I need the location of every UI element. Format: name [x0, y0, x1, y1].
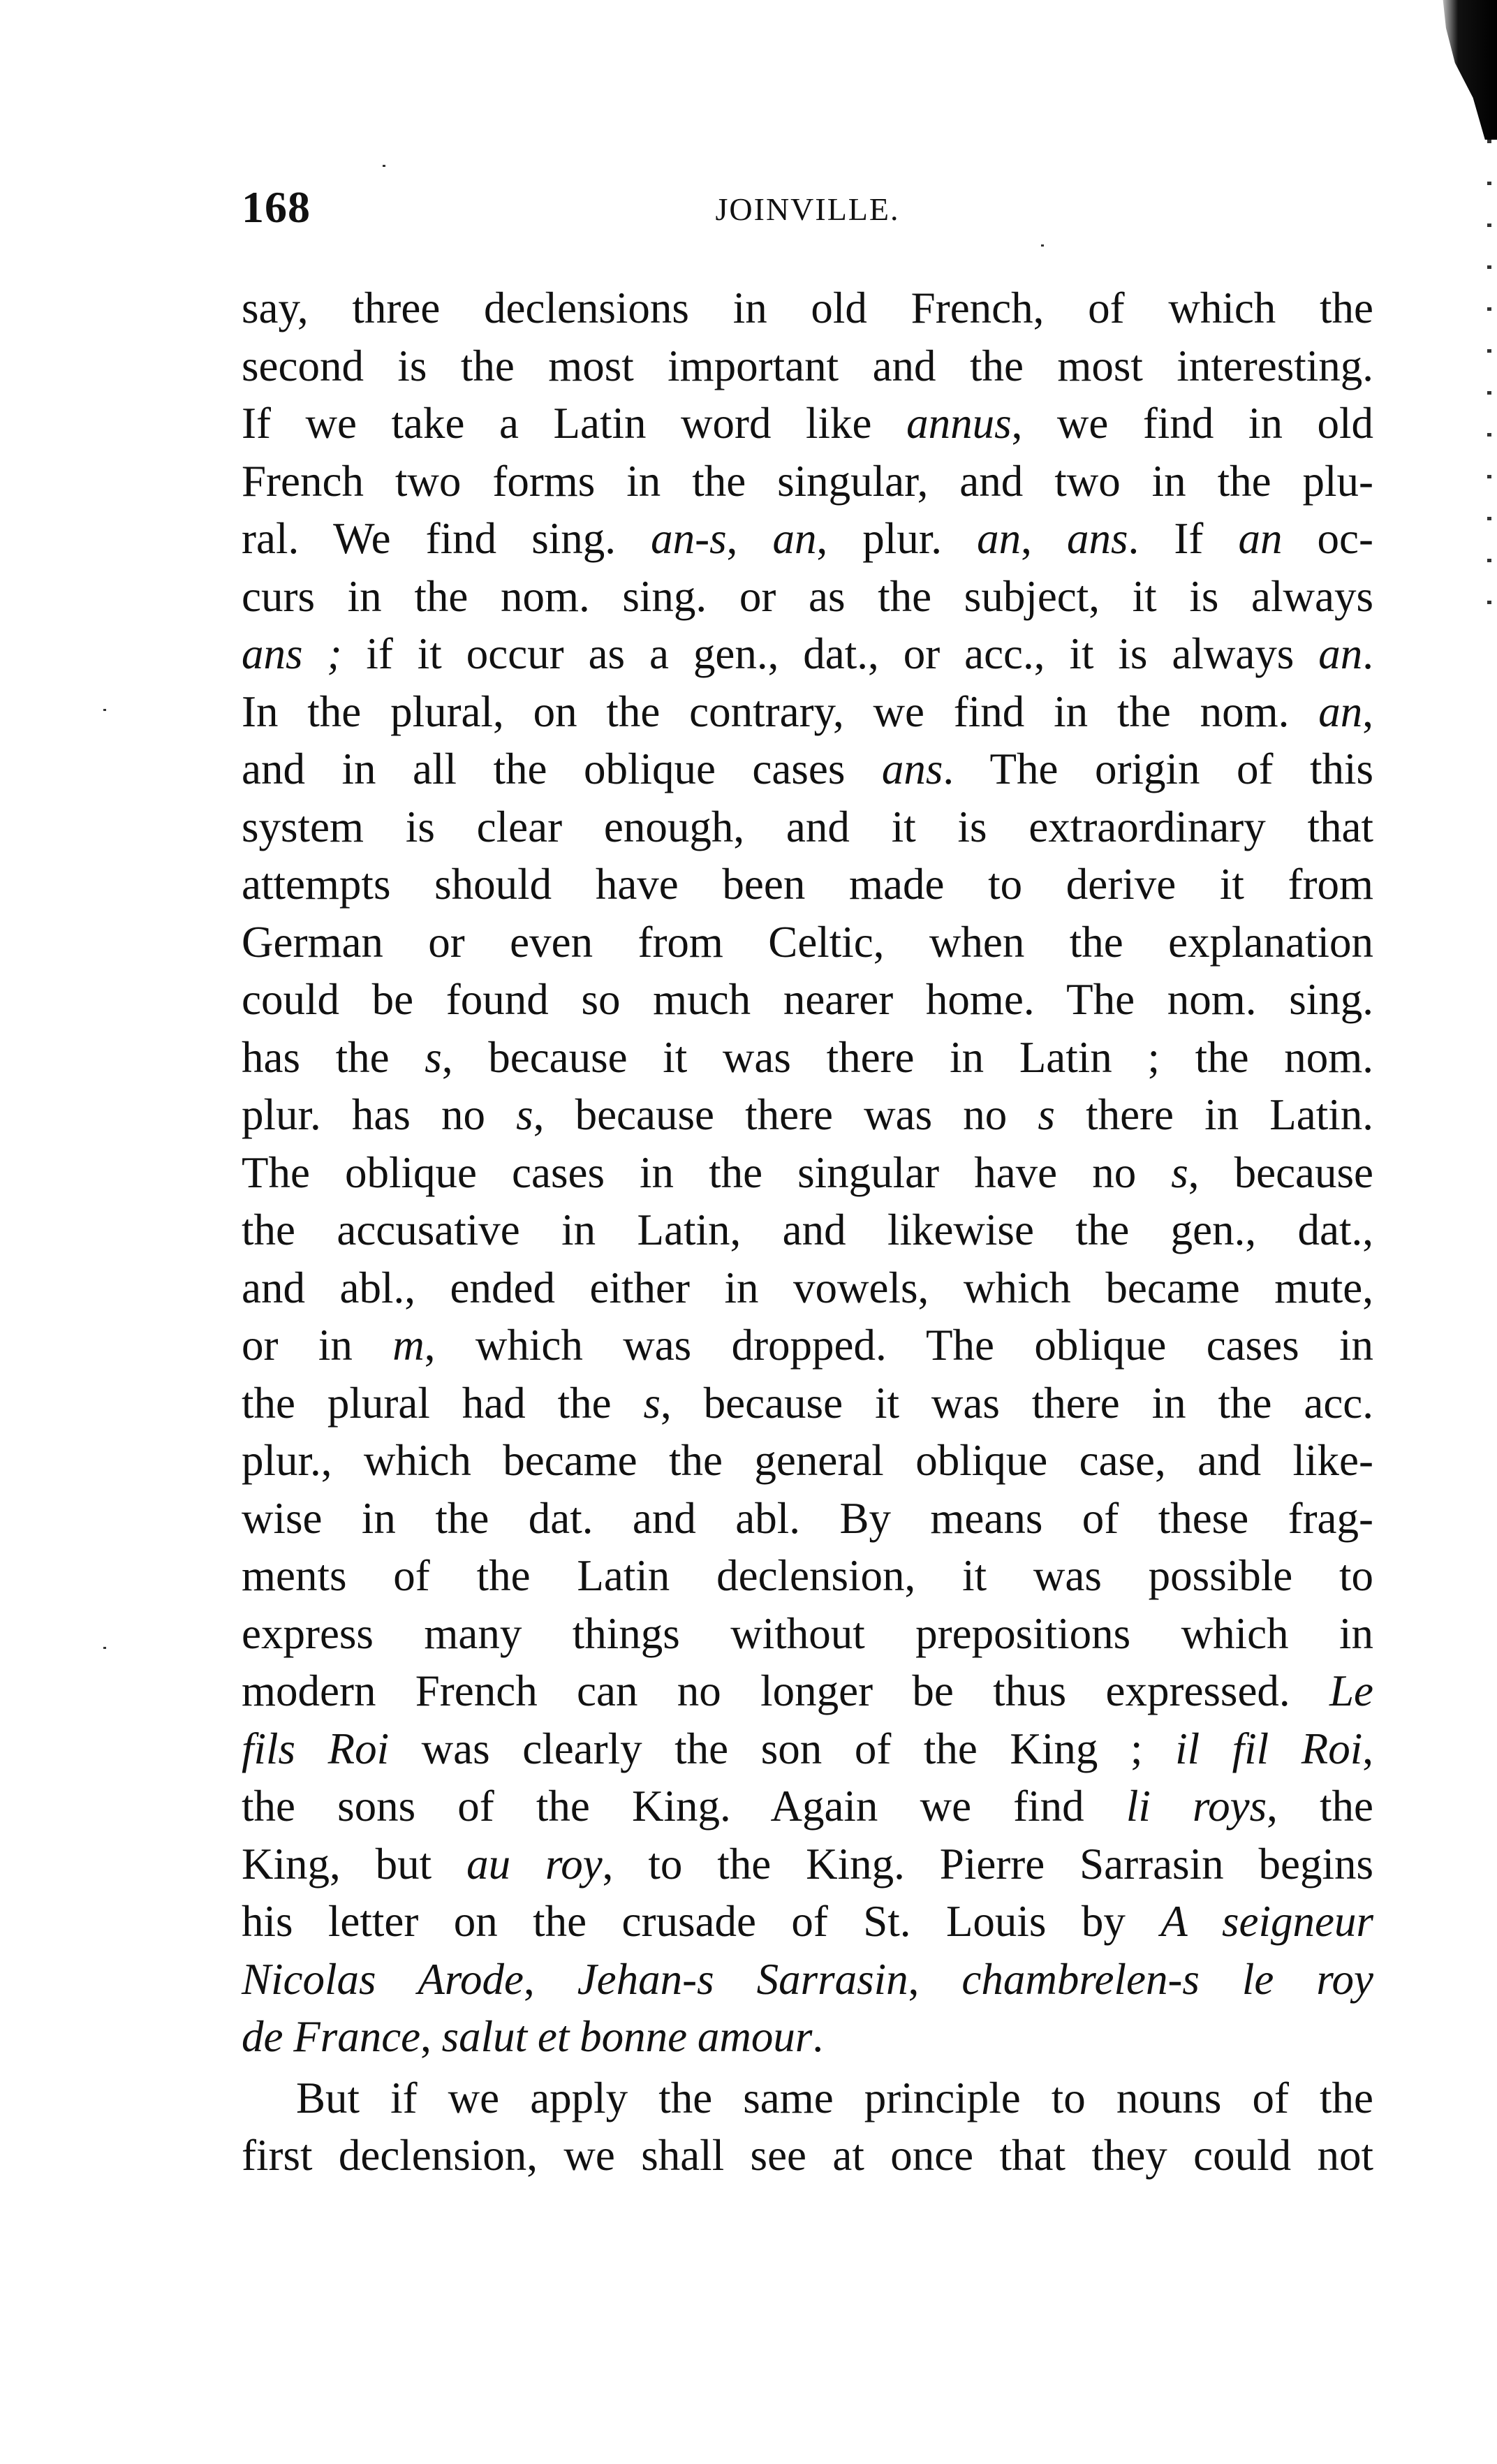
text-run: ,	[1362, 687, 1373, 736]
italic-text: Jehan-s Sarrasin	[577, 1955, 908, 2004]
text-line: and abl., ended either in vowels, which …	[242, 1259, 1373, 1317]
scan-speck	[1041, 244, 1044, 247]
italic-text: Nicolas Arode	[242, 1955, 524, 2004]
italic-text: s	[425, 1033, 442, 1082]
text-run: If we take a Latin word like	[242, 399, 906, 448]
text-line: ans ; if it occur as a gen., dat., or ac…	[242, 625, 1373, 683]
book-page: 168 JOINVILLE. say, three declensions in…	[0, 0, 1497, 2464]
italic-text: Le	[1329, 1666, 1373, 1715]
text-line: say, three declensions in old French, of…	[242, 279, 1373, 337]
italic-text: an-s	[651, 514, 727, 563]
text-line: In the plural, on the contrary, we find …	[242, 683, 1373, 741]
text-run: and abl., ended either in vowels, which …	[242, 1263, 1373, 1312]
italic-text: de France	[242, 2012, 420, 2061]
text-run: curs in the nom. sing. or as the subject…	[242, 572, 1373, 621]
text-run: . The origin of this	[943, 745, 1373, 793]
text-run: , the	[1267, 1782, 1373, 1831]
text-run: , because it was there in the acc.	[661, 1379, 1373, 1428]
italic-text: m	[392, 1321, 425, 1370]
text-line: the plural had the s, because it was the…	[242, 1374, 1373, 1432]
scan-edge-shadow	[1437, 0, 1497, 140]
text-line: German or even from Celtic, when the exp…	[242, 914, 1373, 971]
running-head: 168 JOINVILLE.	[242, 183, 1373, 232]
text-line: de France, salut et bonne amour.	[242, 2008, 1373, 2066]
italic-text: s	[643, 1379, 661, 1428]
text-run: King, but	[242, 1840, 466, 1889]
text-line: the accusative in Latin, and likewise th…	[242, 1201, 1373, 1259]
text-run: the plural had the	[242, 1379, 643, 1428]
text-line: Nicolas Arode, Jehan-s Sarrasin, chambre…	[242, 1951, 1373, 2009]
text-line: the sons of the King. Again we find li r…	[242, 1777, 1373, 1835]
italic-text: au roy	[466, 1840, 603, 1889]
text-line: King, but au roy, to the King. Pierre Sa…	[242, 1835, 1373, 1893]
text-run: But if we apply the same principle to no…	[296, 2074, 1373, 2122]
italic-text: s	[1038, 1090, 1055, 1139]
text-run: plur., which became the general oblique …	[242, 1436, 1373, 1485]
text-run: The oblique cases in the singular have n…	[242, 1148, 1171, 1197]
text-run: German or even from Celtic, when the exp…	[242, 918, 1373, 967]
text-run: was clearly the son of the King ;	[389, 1724, 1175, 1773]
text-run: modern French can no longer be thus expr…	[242, 1666, 1329, 1715]
text-run: say, three declensions in old French, of…	[242, 284, 1373, 332]
text-line: curs in the nom. sing. or as the subject…	[242, 568, 1373, 626]
text-line: second is the most important and the mos…	[242, 337, 1373, 395]
italic-text: A seigneur	[1160, 1897, 1373, 1946]
text-run: if it occur as a gen., dat., or acc., it…	[341, 629, 1318, 678]
italic-text: ans ;	[242, 629, 341, 678]
italic-text: s	[516, 1090, 533, 1139]
text-run: the sons of the King. Again we find	[242, 1782, 1126, 1831]
text-run: system is clear enough, and it is extrao…	[242, 802, 1373, 851]
italic-text: fils Roi	[242, 1724, 389, 1773]
text-run: second is the most important and the mos…	[242, 342, 1373, 390]
text-line: If we take a Latin word like annus, we f…	[242, 395, 1373, 453]
text-run: ,	[1362, 1724, 1373, 1773]
italic-text: ans	[1067, 514, 1128, 563]
text-line: fils Roi was clearly the son of the King…	[242, 1720, 1373, 1778]
italic-text: an	[1318, 687, 1362, 736]
scan-speck	[103, 709, 106, 711]
text-line: plur. has no s, because there was no s t…	[242, 1086, 1373, 1144]
text-line: ral. We find sing. an-s, an, plur. an, a…	[242, 510, 1373, 568]
text-run: , because there was no	[533, 1090, 1038, 1139]
text-run: , because	[1188, 1148, 1373, 1197]
italic-text: salut et bonne amour	[442, 2012, 813, 2061]
text-line: first declension, we shall see at once t…	[242, 2127, 1373, 2185]
italic-text: chambrelen-s le roy	[961, 1955, 1373, 2004]
text-run: wise in the dat. and abl. By means of th…	[242, 1494, 1373, 1543]
text-run: oc-	[1282, 514, 1373, 563]
text-line: attempts should have been made to derive…	[242, 856, 1373, 914]
text-run: ,	[1021, 514, 1067, 563]
text-run: ,	[908, 1955, 962, 2004]
text-line: plur., which became the general oblique …	[242, 1432, 1373, 1490]
text-line: and in all the oblique cases ans. The or…	[242, 740, 1373, 798]
text-run: could be found so much nearer home. The …	[242, 975, 1373, 1024]
text-line: modern French can no longer be thus expr…	[242, 1662, 1373, 1720]
italic-text: an	[772, 514, 816, 563]
text-run: ,	[420, 2012, 442, 2061]
text-line: wise in the dat. and abl. By means of th…	[242, 1490, 1373, 1548]
text-line: his letter on the crusade of St. Louis b…	[242, 1893, 1373, 1951]
text-run: there in Latin.	[1055, 1090, 1373, 1139]
text-run: ral. We find sing.	[242, 514, 651, 563]
text-line: or in m, which was dropped. The oblique …	[242, 1317, 1373, 1374]
text-run: .	[812, 2012, 823, 2061]
text-run: , to the King. Pierre Sarrasin begins	[603, 1840, 1373, 1889]
text-run: In the plural, on the contrary, we find …	[242, 687, 1318, 736]
scan-speck	[383, 165, 385, 167]
text-run: the accusative in Latin, and likewise th…	[242, 1205, 1373, 1254]
italic-text: an	[977, 514, 1021, 563]
text-run: , plur.	[816, 514, 977, 563]
italic-text: an	[1238, 514, 1282, 563]
text-line: French two forms in the singular, and tw…	[242, 453, 1373, 511]
italic-text: ans	[882, 745, 943, 793]
text-run: .	[1362, 629, 1373, 678]
italic-text: annus	[906, 399, 1012, 448]
italic-text: li roys	[1126, 1782, 1267, 1831]
text-run: , because it was there in Latin ; the no…	[442, 1033, 1373, 1082]
text-run: , which was dropped. The oblique cases i…	[425, 1321, 1373, 1370]
text-run: ments of the Latin declension, it was po…	[242, 1551, 1373, 1600]
text-run: first declension, we shall see at once t…	[242, 2131, 1373, 2180]
text-run: attempts should have been made to derive…	[242, 860, 1373, 909]
text-line: has the s, because it was there in Latin…	[242, 1029, 1373, 1087]
text-line: ments of the Latin declension, it was po…	[242, 1547, 1373, 1605]
scan-speck	[103, 1647, 106, 1649]
scan-edge-specks	[1487, 140, 1491, 629]
text-run: or in	[242, 1321, 392, 1370]
text-run: and in all the oblique cases	[242, 745, 882, 793]
text-run: has the	[242, 1033, 425, 1082]
text-run: his letter on the crusade of St. Louis b…	[242, 1897, 1160, 1946]
text-line: express many things without prepositions…	[242, 1605, 1373, 1663]
text-run: plur. has no	[242, 1090, 516, 1139]
running-title: JOINVILLE.	[242, 187, 1373, 232]
italic-text: an	[1318, 629, 1362, 678]
italic-text: il fil Roi	[1175, 1724, 1362, 1773]
text-run: . If	[1128, 514, 1239, 563]
text-run: ,	[524, 1955, 577, 2004]
text-run: express many things without prepositions…	[242, 1609, 1373, 1658]
text-run: French two forms in the singular, and tw…	[242, 457, 1373, 506]
text-line: But if we apply the same principle to no…	[242, 2069, 1373, 2127]
text-run: ,	[727, 514, 773, 563]
text-line: system is clear enough, and it is extrao…	[242, 798, 1373, 856]
italic-text: s	[1171, 1148, 1188, 1197]
text-run: , we find in old	[1012, 399, 1373, 448]
body-text: say, three declensions in old French, of…	[242, 279, 1373, 2185]
text-line: The oblique cases in the singular have n…	[242, 1144, 1373, 1202]
text-line: could be found so much nearer home. The …	[242, 971, 1373, 1029]
